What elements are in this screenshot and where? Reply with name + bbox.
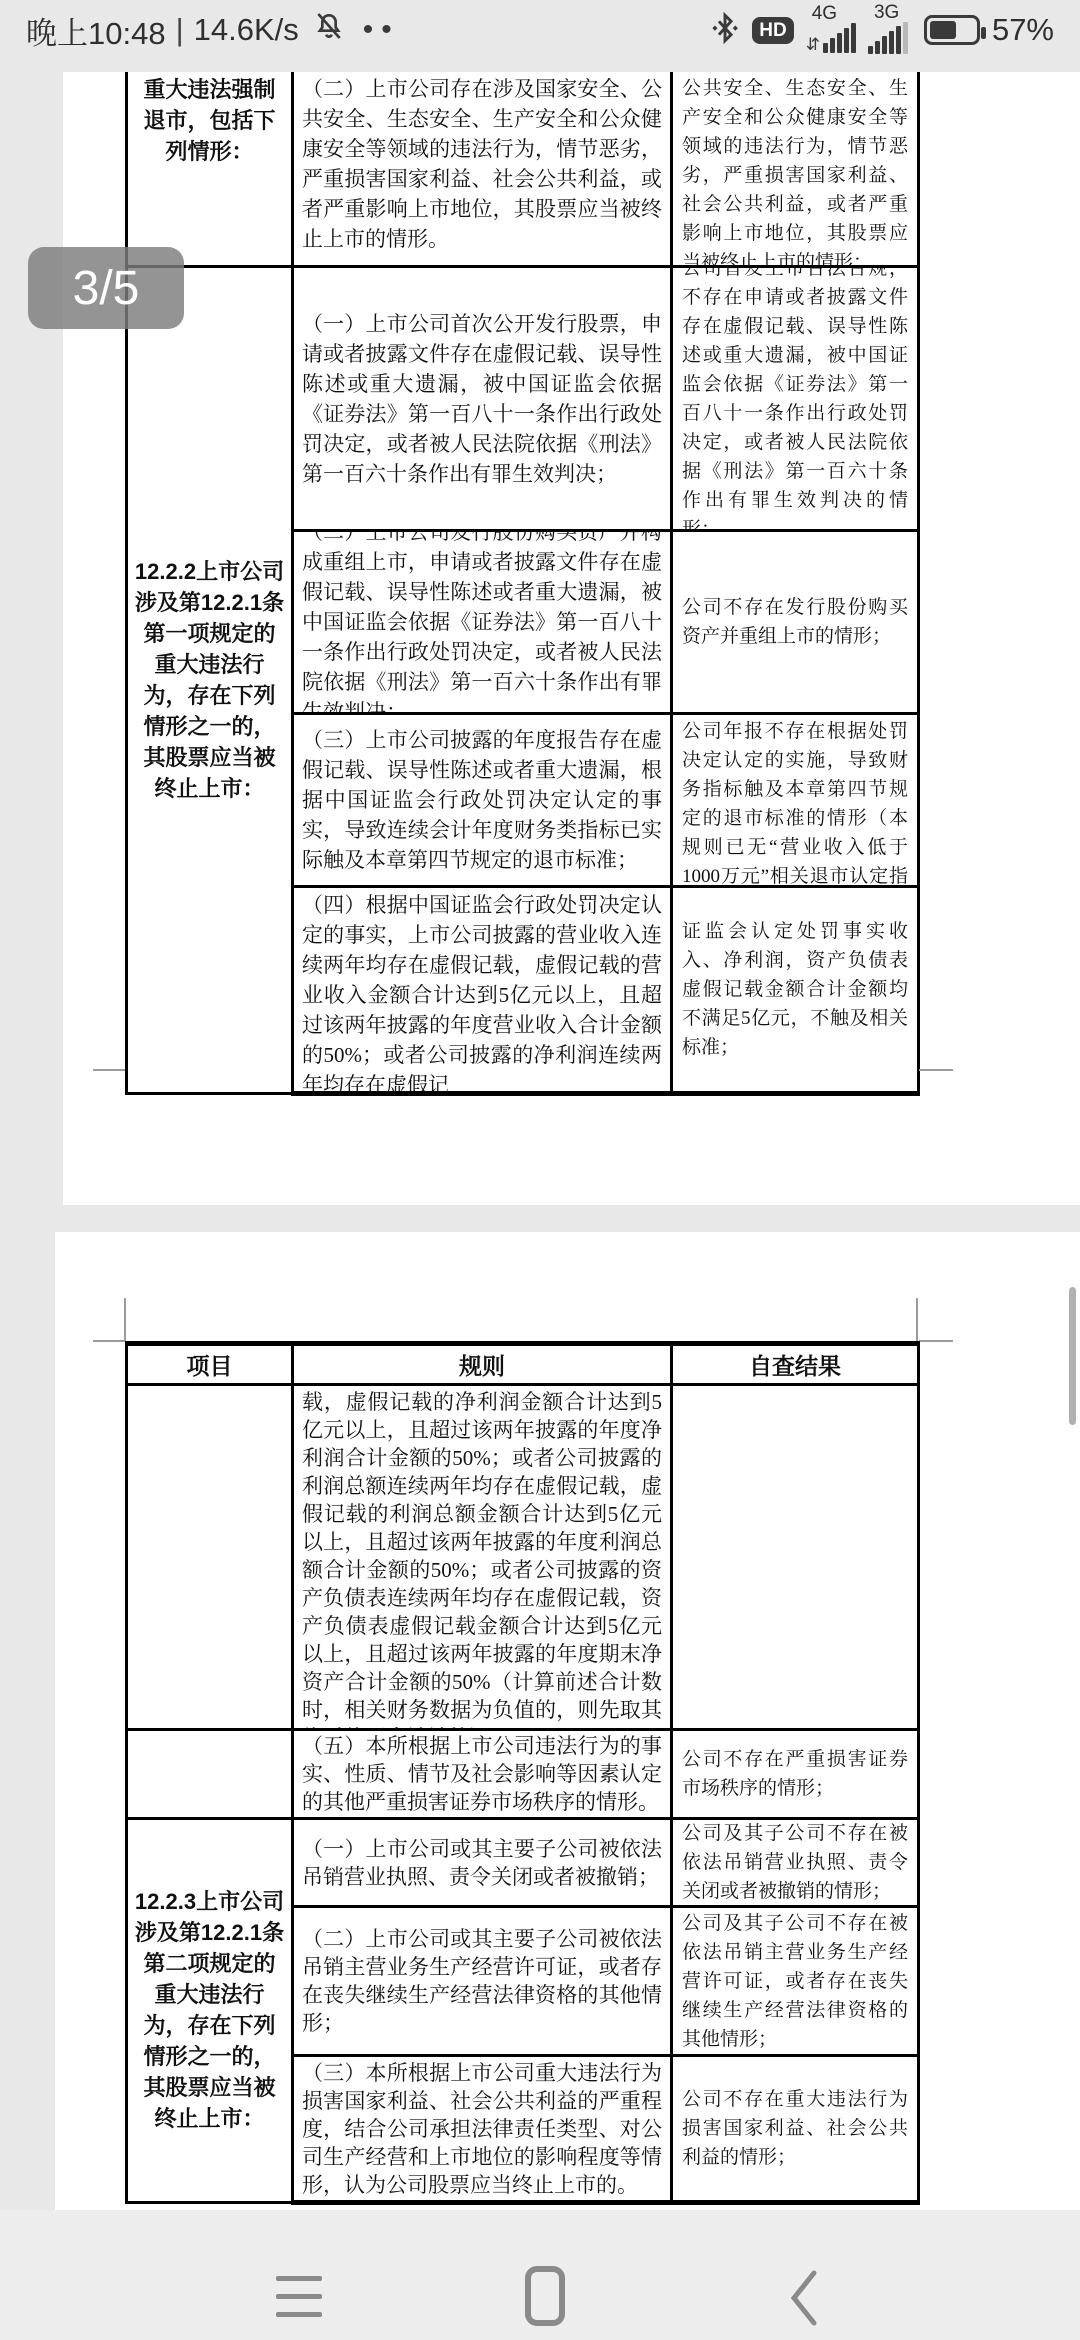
table-cell-rule-rE: （三）本所根据上市公司重大违法行为损害国家利益、社会公共利益的严重程度，结合公司… <box>294 2057 670 2200</box>
table-cell-result-r1: 公共安全、生态安全、生产安全和公众健康安全等领域的违法行为，情节恶劣，严重损害国… <box>673 72 917 265</box>
page-indicator-text: 3/5 <box>73 261 140 316</box>
table-cell-result-rA <box>673 1386 917 1728</box>
table-cell-rule-rA: 载，虚假记载的净利润金额合计达到5亿元以上，且超过该两年披露的年度净利润合计金额… <box>294 1386 670 1728</box>
column-header-result: 自查结果 <box>673 1346 917 1383</box>
hd-voice-icon: HD <box>752 17 793 44</box>
table-cell-item-rA <box>128 1386 291 1728</box>
mute-bell-icon <box>313 10 345 50</box>
column-header-rule: 规则 <box>294 1346 670 1383</box>
table-cell-result-r4: 公司年报不存在根据处罚决定认定的实施，导致财务指标触及本章第四节规定的退市标准的… <box>673 715 917 885</box>
delisting-rules-table-lower: 项目 规则 自查结果 载，虚假记载的净利润金额合计达到5亿元以上，且超过该两年披… <box>125 1341 920 2205</box>
back-button[interactable] <box>788 2268 820 2333</box>
table-cell-result-rB: 公司不存在严重损害证券市场秩序的情形； <box>673 1731 917 1817</box>
phone-screen: 晚上10:48 | 14.6K/s •• HD <box>0 0 1080 2340</box>
table-guide-tick <box>124 1298 126 1341</box>
table-guide-tick <box>93 1069 125 1071</box>
signal-sim1-icon: 4G ⇵ <box>806 7 856 53</box>
battery-percentage: 57% <box>992 12 1054 48</box>
table-cell-section-12-2-3: 12.2.3上市公司涉及第12.2.1条第二项规定的重大违法行为，存在下列情形之… <box>128 1820 291 2200</box>
network-speed: 14.6K/s <box>194 12 299 48</box>
table-cell-result-rD: 公司及其子公司不存在被依法吊销主营业务生产经营许可证，或者存在丧失继续生产经营法… <box>673 1908 917 2054</box>
table-cell-rule-r1: （二）上市公司存在涉及国家安全、公共安全、生态安全、生产安全和公众健康安全等领域… <box>294 72 670 265</box>
page-indicator-badge: 3/5 <box>28 247 184 329</box>
table-cell-section-12-2-2: 12.2.2上市公司涉及第12.2.1条第一项规定的重大违法行为，存在下列情形之… <box>128 268 291 1091</box>
table-cell-result-rC: 公司及其子公司不存在被依法吊销营业执照、责令关闭或者被撤销的情形； <box>673 1820 917 1905</box>
table-cell-rule-r3: （二）上市公司发行股份购买资产并构成重组上市，申请或者披露文件存在虚假记载、误导… <box>294 532 670 712</box>
table-cell-rule-r4: （三）上市公司披露的年度报告存在虚假记载、误导性陈述或者重大遗漏，根据中国证监会… <box>294 715 670 885</box>
table-cell-item-r1: 重大违法强制退市，包括下列情形： <box>128 72 291 265</box>
home-button[interactable] <box>525 2266 565 2326</box>
table-guide-tick <box>916 1298 918 1341</box>
hamburger-icon <box>276 2276 322 2281</box>
table-cell-rule-rC: （一）上市公司或其主要子公司被依法吊销营业执照、责令关闭或者被撤销； <box>294 1820 670 1905</box>
table-cell-rule-r5: （四）根据中国证监会行政处罚决定认定的事实，上市公司披露的营业收入连续两年均存在… <box>294 888 670 1091</box>
notification-dots: •• <box>363 13 400 47</box>
table-cell-result-rE: 公司不存在重大违法行为损害国家利益、社会公共利益的情形； <box>673 2057 917 2200</box>
bluetooth-icon <box>710 11 740 50</box>
table-cell-result-r3: 公司不存在发行股份购买资产并重组上市的情形； <box>673 532 917 712</box>
signal-sim2-icon: 3G <box>868 6 908 54</box>
document-page-4[interactable]: 项目 规则 自查结果 载，虚假记载的净利润金额合计达到5亿元以上，且超过该两年披… <box>55 1232 1080 2210</box>
delisting-rules-table-upper: 重大违法强制退市，包括下列情形： （二）上市公司存在涉及国家安全、公共安全、生态… <box>125 72 920 1096</box>
status-separator: | <box>176 12 184 48</box>
status-bar: 晚上10:48 | 14.6K/s •• HD <box>0 0 1080 60</box>
table-cell-rule-rB: （五）本所根据上市公司违法行为的事实、性质、情节及社会影响等因素认定的其他严重损… <box>294 1731 670 1817</box>
back-chevron-icon <box>788 2268 820 2328</box>
data-activity-icon: ⇵ <box>806 36 820 53</box>
table-guide-tick <box>93 1340 125 1342</box>
sim1-network-type: 4G <box>812 3 837 25</box>
table-cell-result-r5: 证监会认定处罚事实收入、净利润，资产负债表虚假记载金额合计金额均不满足5亿元，不… <box>673 888 917 1091</box>
navigation-bar <box>0 2210 1080 2340</box>
table-cell-rule-rD: （二）上市公司或其主要子公司被依法吊销主营业务生产经营许可证，或者存在丧失继续生… <box>294 1908 670 2054</box>
clock: 晚上10:48 <box>26 8 166 53</box>
sim2-network-type: 3G <box>874 2 899 24</box>
table-guide-tick <box>919 1069 953 1071</box>
battery-icon <box>924 15 980 45</box>
scrollbar-thumb[interactable] <box>1069 1287 1076 1425</box>
document-page-3[interactable]: 重大违法强制退市，包括下列情形： （二）上市公司存在涉及国家安全、公共安全、生态… <box>63 72 1080 1205</box>
table-cell-result-r2: 公司首发上市合法合规，不存在申请或者披露文件存在虚假记载、误导性陈述或重大遗漏，… <box>673 268 917 529</box>
table-cell-rule-r2: （一）上市公司首次公开发行股票，申请或者披露文件存在虚假记载、误导性陈述或重大遗… <box>294 268 670 529</box>
menu-button[interactable] <box>276 2276 322 2330</box>
table-guide-tick <box>919 1340 953 1342</box>
column-header-item: 项目 <box>128 1346 291 1383</box>
table-cell-item-rB <box>128 1731 291 1817</box>
